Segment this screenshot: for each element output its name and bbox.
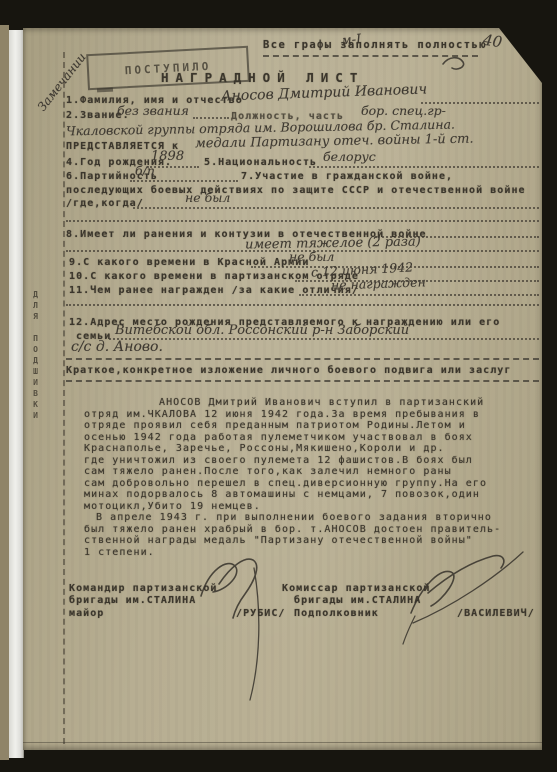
left-signer-name: /РУБИС/ — [236, 609, 286, 619]
leader-dots — [299, 294, 539, 296]
leader-dots — [193, 117, 229, 119]
right-signer-rank: Подполковник — [294, 609, 379, 619]
page-edge-highlight — [9, 30, 24, 758]
instruction-underline — [263, 55, 478, 57]
right-signer-name: /ВАСИЛЕВИЧ/ — [457, 609, 535, 619]
left-signer-unit: бригады им.СТАЛИНА — [69, 596, 196, 606]
summary-line: АНОСОВ Дмитрий Иванович вступил в партиз… — [159, 398, 484, 408]
summary-heading: Краткое,конкретное изложение личного бое… — [66, 366, 511, 376]
summary-line: отряде проявил себя преданным патриотом … — [84, 421, 466, 431]
field4-value: 1898 — [151, 150, 184, 163]
leader-dots — [109, 338, 539, 340]
document-title: НАГРАДНОЙ ЛИСТ — [161, 72, 364, 85]
summary-underline — [66, 380, 539, 382]
field9-value: не был — [289, 251, 334, 264]
paper-bottom-crease — [23, 742, 542, 743]
page-number: 40 — [482, 33, 503, 51]
signature-vasilevich-curl — [428, 556, 504, 593]
signature-vasilevich-tail — [403, 616, 415, 644]
summary-line: где уничтожил из своего пулемета 12 фаши… — [84, 456, 473, 466]
pen-squiggle — [443, 58, 464, 69]
summary-line: сам добровольно перешел в спец.диверсион… — [84, 479, 487, 489]
section-divider — [66, 358, 539, 360]
summary-line: осенью 1942 года работая пулеметчиком уч… — [84, 433, 473, 443]
field7-label: 7.Участие в гражданской войне, — [241, 172, 453, 182]
field5-label: 5.Национальность — [204, 158, 317, 168]
summary-line: Краснаполье, Заречье, Россоны,Мякишено,К… — [84, 444, 445, 454]
leader-dots — [130, 180, 238, 182]
summary-line: В апреле 1943 г. при выполнении боевого … — [96, 513, 492, 523]
torn-corner — [499, 28, 542, 83]
left-signer-rank: майор — [69, 609, 104, 619]
field12-value: Витебской обл. Россонский р-н Заборский — [115, 324, 409, 337]
summary-line: отряд им.ЧКАЛОВА 12 июня 1942 года.За вр… — [84, 410, 480, 420]
field11-value: не награжден — [331, 276, 426, 292]
form-margin-line — [63, 52, 65, 744]
left-signer-role: Командир партизанской — [69, 584, 217, 594]
field5-value: белорус — [323, 151, 376, 164]
summary-line: 1 степени. — [84, 548, 155, 558]
field2b-value: бор. спец.гр- — [361, 105, 446, 118]
summary-line: мотоцикл,Убито 19 немцев. — [84, 502, 261, 512]
right-signer-role: Комиссар партизанской — [282, 584, 430, 594]
field2-value: без звания — [117, 105, 189, 118]
summary-line: сам тяжело ранен.После того,как залечил … — [84, 467, 452, 477]
margin-vertical-text: ДЛЯ ПОДШИВКИ — [31, 290, 39, 505]
adjacent-page-strip — [0, 25, 9, 760]
summary-line: был тяжело ранен храбрый в бор. т.АНОСОВ… — [84, 525, 501, 535]
signature-descender — [250, 568, 259, 700]
fill-instruction: Все графы заполнять полностью — [263, 40, 487, 51]
leader-dots — [309, 166, 539, 168]
dotted-separator — [66, 304, 539, 306]
summary-line: минах подорвалось 8 автомашины с немцами… — [84, 490, 480, 500]
field7-value: не был — [185, 192, 230, 205]
field1-value: Аносов Дмитрий Иванович — [221, 82, 427, 103]
field7-label2: последующих боевых действиях по защите С… — [66, 186, 526, 196]
right-signer-unit: бригады им.СТАЛИНА — [294, 596, 421, 606]
leader-dots — [133, 207, 539, 209]
field3-value: медали Партизану отеч. войны 1-й ст. — [195, 133, 474, 151]
summary-line: ственной награды медаль "Партизану отече… — [84, 536, 473, 546]
stamp-mark — [97, 88, 113, 93]
dotted-separator — [66, 220, 539, 222]
field12-value2: с/с д. Аново. — [71, 340, 163, 354]
field6-value: б/п — [135, 165, 155, 178]
award-sheet-document: ДЛЯ ПОДШИВКИ Замечании ПОСТУПИЛО м-I Все… — [23, 28, 542, 750]
